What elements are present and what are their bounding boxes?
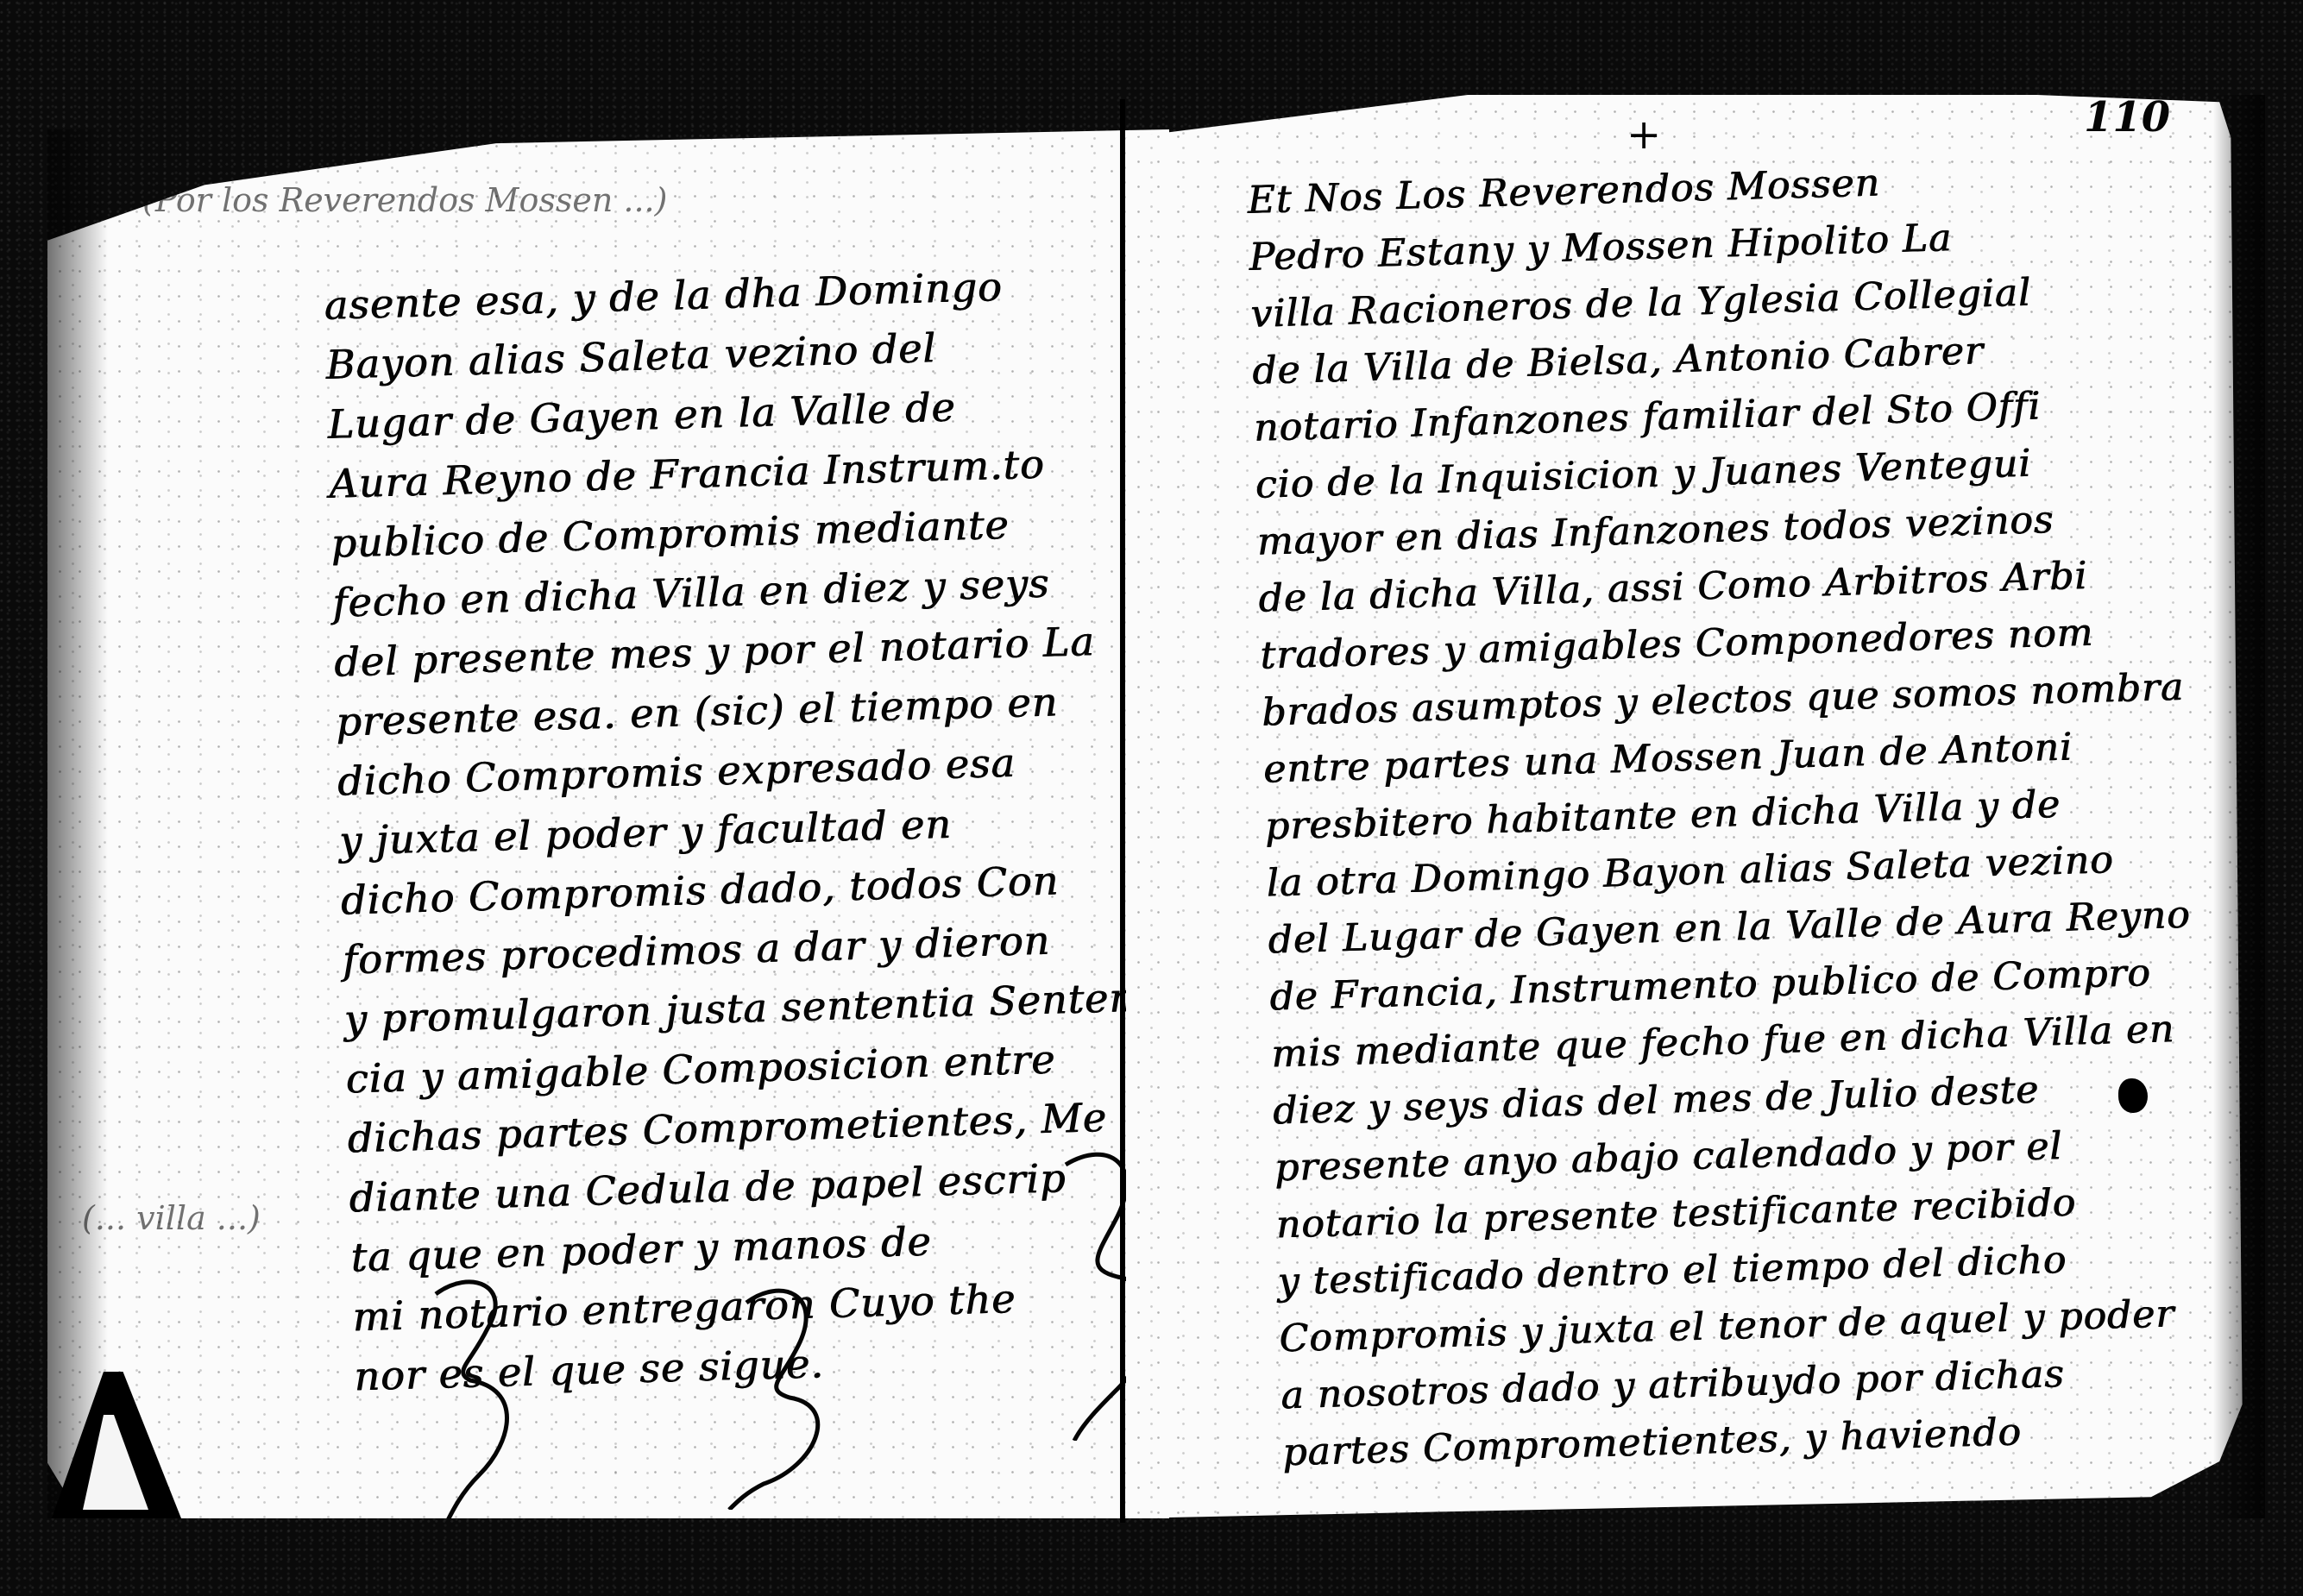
left-page-text: asente esa, y de la dha Domingo Bayon al… (324, 254, 1147, 1406)
bleed-through-text: (Por los Reverendos Mossen ...) (142, 181, 667, 219)
right-page-text: Et Nos Los Reverendos Mossen Pedro Estan… (1247, 147, 2205, 1481)
right-manuscript-page: + 110 Et Nos Los Reverendos Mossen Pedro… (1126, 95, 2265, 1518)
ink-blot (2118, 1078, 2148, 1113)
signature-rubric-icon (418, 1268, 557, 1518)
signature-rubric-icon (712, 1251, 850, 1510)
page-number: 110 (2084, 95, 2170, 141)
cross-mark-icon: + (1627, 110, 1661, 159)
book-gutter (1120, 99, 1125, 1523)
left-manuscript-page: (Por los Reverendos Mossen ...) (... vil… (47, 129, 1169, 1518)
bleed-through-text: (... villa ...) (82, 1199, 261, 1237)
